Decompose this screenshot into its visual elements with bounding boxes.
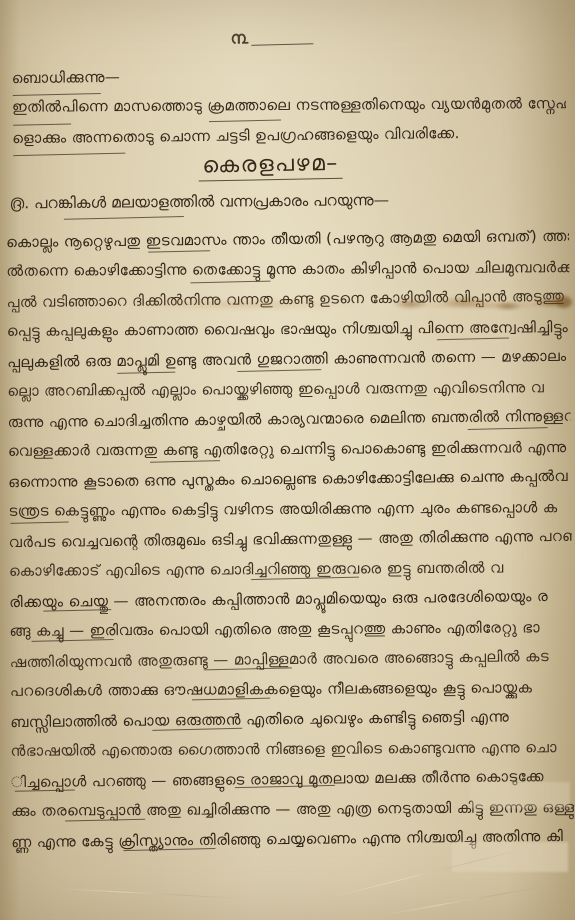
faded-ink-patch xyxy=(470,782,570,808)
manuscript-page: ൩ ബൊധിക്കുന്നു— ഇതിൽപിന്നെ മാസത്തൊടു ക്ര… xyxy=(0,0,575,920)
ink-stain xyxy=(388,293,575,315)
page-number-row: ൩ xyxy=(0,26,559,51)
ink-stain-faint xyxy=(88,297,393,312)
intro-line: ബൊധിക്കുന്നു— xyxy=(11,57,565,93)
section-heading: ൫. പറങ്കികൾ മലയാളത്തിൽ വന്നപ്രകാരം പറയുന… xyxy=(10,190,567,214)
page-number-rule xyxy=(251,43,313,46)
chapter-title: കെരളപഴമ– xyxy=(198,151,343,182)
underline-stroke xyxy=(64,216,184,220)
faded-ink-patch xyxy=(452,842,568,872)
intro-line: ളൊക്കും അന്നതൊടു ചൊന്ന ചട്ടടി ഉപഗ്രഹങ്ങള… xyxy=(12,117,566,153)
body-paragraph: കൊല്ലം നൂറ്റെഴുപതു ഇടവമാസം ന്താം തീയതി (… xyxy=(6,222,574,857)
page-number: ൩ xyxy=(230,28,248,48)
ink-stain-blob xyxy=(556,296,572,308)
intro-paragraph: ബൊധിക്കുന്നു— ഇതിൽപിന്നെ മാസത്തൊടു ക്രമത… xyxy=(12,58,567,153)
